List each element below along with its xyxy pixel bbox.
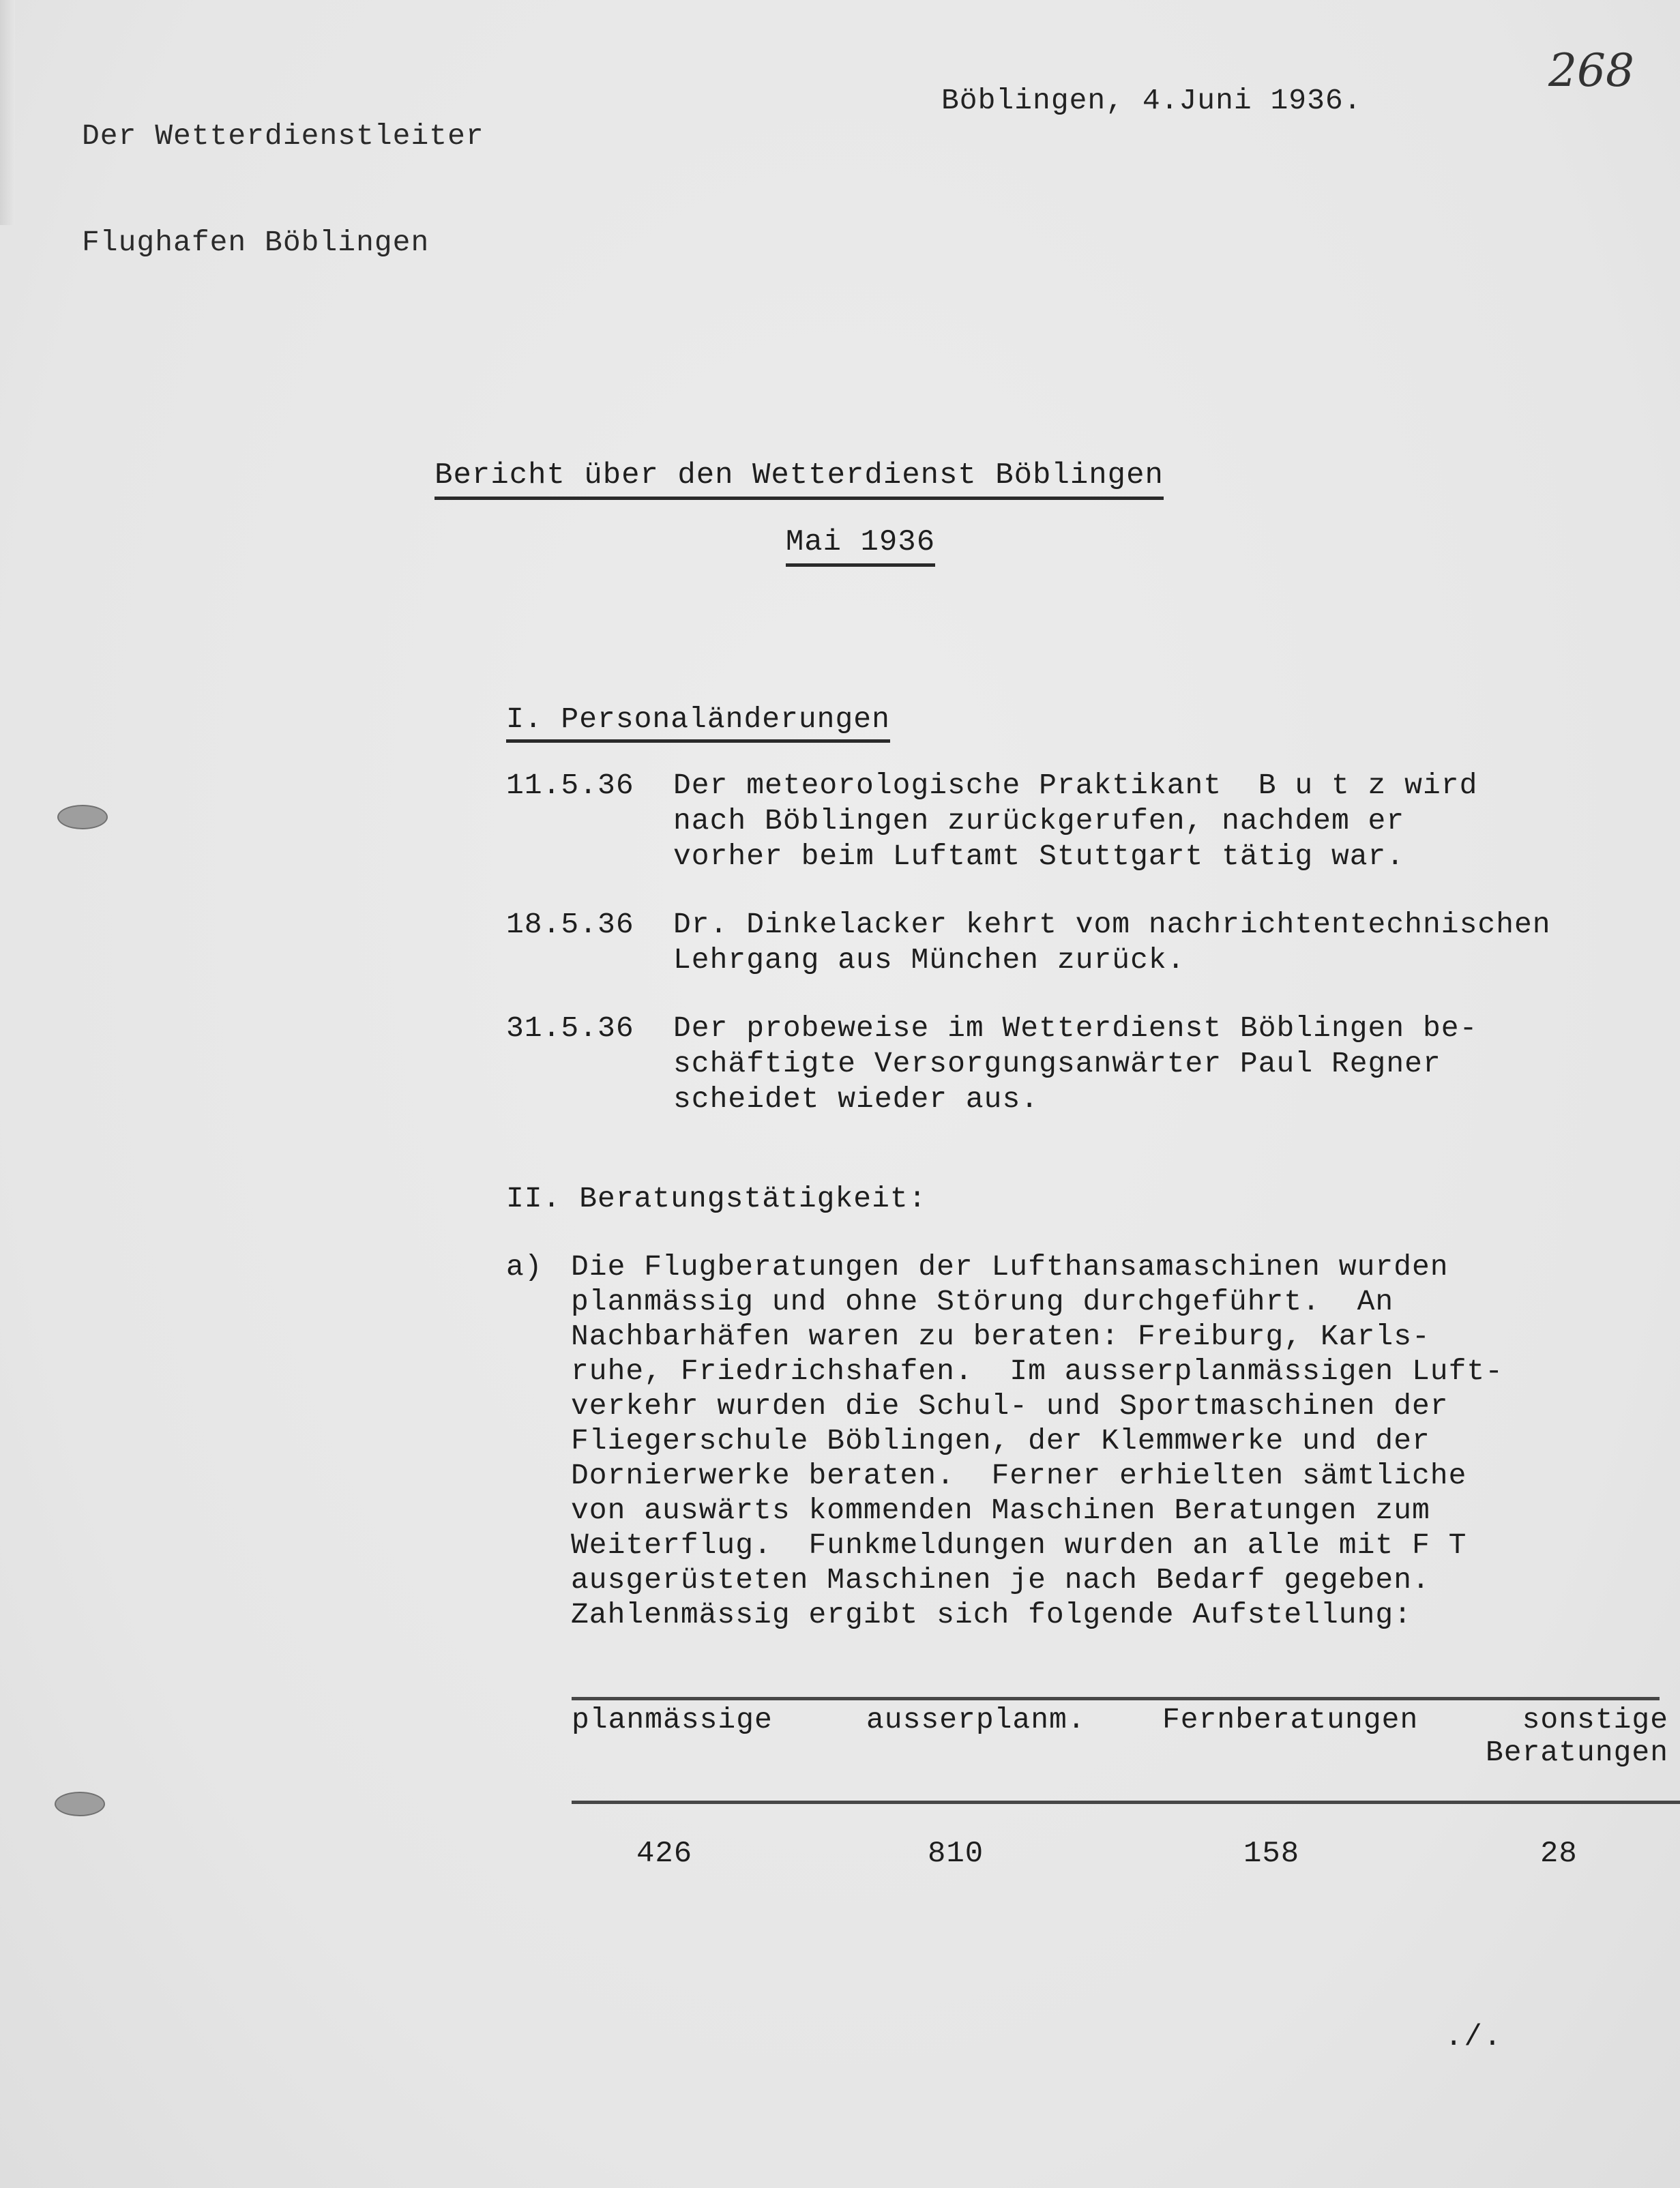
- table-rule-top: [572, 1697, 1660, 1700]
- paragraph-line: Dornierwerke beraten. Ferner erhielten s…: [571, 1458, 1503, 1493]
- sender-line-2: Flughafen Böblingen: [82, 225, 484, 261]
- personnel-entry: 31.5.36 Der probeweise im Wetterdienst B…: [506, 1011, 1680, 1117]
- sender-block: Der Wetterdienstleiter Flughafen Böbling…: [82, 48, 484, 331]
- table-rule-middle: [572, 1801, 1680, 1804]
- continuation-mark: ./.: [1445, 2020, 1503, 2054]
- entry-text: Dr. Dinkelacker kehrt vom nachrichtentec…: [673, 907, 1680, 978]
- paragraph-line: von auswärts kommenden Maschinen Beratun…: [571, 1493, 1503, 1528]
- entry-line: Der meteorologische Praktikant B u t z w…: [673, 768, 1680, 803]
- entry-line: Lehrgang aus München zurück.: [673, 943, 1680, 978]
- table-value-other: 28: [1540, 1837, 1578, 1871]
- table-header-scheduled: planmässige: [572, 1704, 773, 1736]
- handwritten-page-number: 268: [1548, 44, 1634, 97]
- entry-text: Der probeweise im Wetterdienst Böblingen…: [673, 1011, 1680, 1117]
- entry-line: Dr. Dinkelacker kehrt vom nachrichtentec…: [673, 907, 1680, 943]
- report-title: Bericht über den Wetterdienst Böblingen: [0, 458, 1680, 500]
- paragraph-line: Die Flugberatungen der Lufthansamaschine…: [571, 1250, 1503, 1284]
- personnel-entry: 11.5.36 Der meteorologische Praktikant B…: [506, 768, 1680, 874]
- place-date: Böblingen, 4.Juni 1936.: [941, 83, 1362, 119]
- entry-date: 18.5.36: [506, 907, 673, 978]
- paragraph-line: Nachbarhäfen waren zu beraten: Freiburg,…: [571, 1319, 1503, 1354]
- section-heading-advisory: II. Beratungstätigkeit:: [506, 1182, 927, 1215]
- paragraph-line: Weiterflug. Funkmeldungen wurden an alle…: [571, 1528, 1503, 1563]
- table-value-remote: 158: [1243, 1837, 1299, 1871]
- report-period-text: Mai 1936: [786, 525, 935, 567]
- paragraph-line: ruhe, Friedrichshafen. Im ausserplanmäss…: [571, 1354, 1503, 1389]
- table-value-scheduled: 426: [636, 1837, 692, 1871]
- entry-line: vorher beim Luftamt Stuttgart tätig war.: [673, 839, 1680, 874]
- punch-hole-icon: [55, 1792, 105, 1816]
- report-period: Mai 1936: [0, 525, 1680, 567]
- table-header-unscheduled: ausserplanm.: [866, 1704, 1086, 1736]
- entry-text: Der meteorologische Praktikant B u t z w…: [673, 768, 1680, 874]
- paragraph-line: verkehr wurden die Schul- und Sportmasch…: [571, 1389, 1503, 1423]
- paragraph-line: Fliegerschule Böblingen, der Klemmwerke …: [571, 1423, 1503, 1458]
- section-heading-personnel-text: I. Personaländerungen: [506, 703, 890, 743]
- document-page: Der Wetterdienstleiter Flughafen Böbling…: [0, 0, 1680, 2188]
- entry-line: Der probeweise im Wetterdienst Böblingen…: [673, 1011, 1680, 1046]
- paragraph-line: ausgerüsteten Maschinen je nach Bedarf g…: [571, 1563, 1503, 1597]
- paragraph-line: Zahlenmässig ergibt sich folgende Aufste…: [571, 1597, 1503, 1632]
- sender-line-1: Der Wetterdienstleiter: [82, 119, 484, 154]
- report-title-text: Bericht über den Wetterdienst Böblingen: [434, 458, 1164, 500]
- paragraph-a: a) Die Flugberatungen der Lufthansamasch…: [506, 1250, 1503, 1632]
- paragraph-line: planmässig und ohne Störung durchgeführt…: [571, 1284, 1503, 1319]
- paragraph-body: Die Flugberatungen der Lufthansamaschine…: [571, 1250, 1503, 1632]
- entry-line: schäftigte Versorgungsanwärter Paul Regn…: [673, 1046, 1680, 1082]
- entry-date: 11.5.36: [506, 768, 673, 874]
- table-header-other: sonstige Beratungen: [1486, 1704, 1668, 1769]
- section-heading-personnel: I. Personaländerungen: [506, 703, 890, 743]
- personnel-entry: 18.5.36 Dr. Dinkelacker kehrt vom nachri…: [506, 907, 1680, 978]
- paragraph-marker: a): [506, 1250, 571, 1632]
- entry-date: 31.5.36: [506, 1011, 673, 1117]
- table-value-unscheduled: 810: [928, 1837, 984, 1871]
- entry-line: scheidet wieder aus.: [673, 1082, 1680, 1117]
- table-header-remote: Fernberatungen: [1162, 1704, 1418, 1736]
- entry-line: nach Böblingen zurückgerufen, nachdem er: [673, 803, 1680, 839]
- torn-paper-edge: [0, 0, 15, 225]
- punch-hole-icon: [57, 805, 108, 829]
